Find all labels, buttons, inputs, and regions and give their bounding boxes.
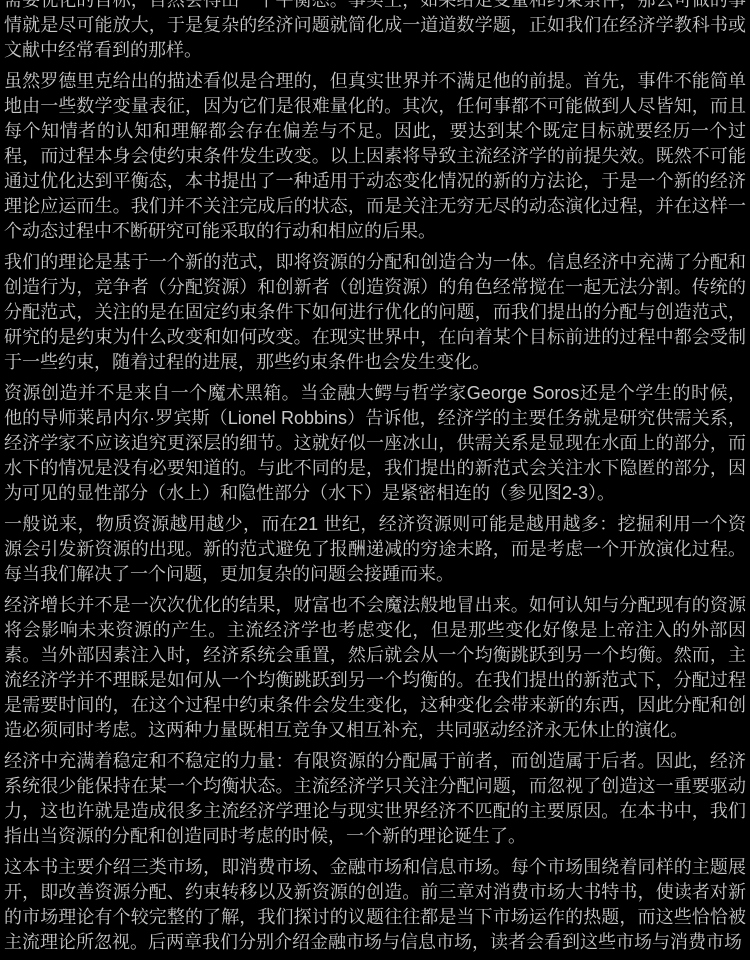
paragraph: 经济中充满着稳定和不稳定的力量：有限资源的分配属于前者，而创造属于后者。因此，经… xyxy=(4,749,746,849)
paragraph: 经济增长并不是一次次优化的结果，财富也不会魔法般地冒出来。如何认知与分配现有的资… xyxy=(4,593,746,743)
paragraph: 这本书主要介绍三类市场，即消费市场、金融市场和信息市场。每个市场围绕着同样的主题… xyxy=(4,855,746,955)
book-page[interactable]: 需要优化的目标，自然会得出一个平衡态。事实上，如果给足变量和约束条件，那么可做的… xyxy=(0,0,750,960)
paragraph: 需要优化的目标，自然会得出一个平衡态。事实上，如果给足变量和约束条件，那么可做的… xyxy=(4,0,746,63)
paragraph: 我们的理论是基于一个新的范式，即将资源的分配和创造合为一体。信息经济中充满了分配… xyxy=(4,250,746,375)
paragraph: 一般说来，物质资源越用越少，而在21 世纪，经济资源则可能是越用越多：挖掘利用一… xyxy=(4,512,746,587)
paragraph: 资源创造并不是来自一个魔术黑箱。当金融大鳄与哲学家George Soros还是个… xyxy=(4,381,746,506)
paragraph: 虽然罗德里克给出的描述看似是合理的，但真实世界并不满足他的前提。首先，事件不能简… xyxy=(4,69,746,244)
